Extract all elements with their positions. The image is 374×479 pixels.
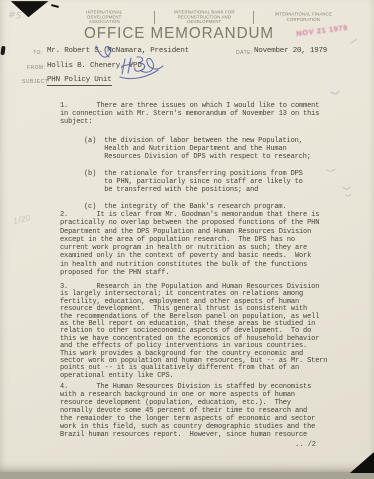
paragraph-4: 4. The Human Resources Division is staff… (60, 383, 315, 439)
from-label: FROM: (27, 65, 46, 71)
pencil-corner-note: #5 (7, 10, 22, 22)
date-value: November 20, 1979 (254, 47, 327, 55)
subject-value: PHN Policy Unit (47, 76, 112, 86)
org-ifc-line2: CORPORATION (268, 18, 339, 23)
to-label: TO: (33, 50, 43, 56)
page-continuation-note: .. /2 (295, 441, 316, 449)
org-ibrd-line1: INTERNATIONAL BANK FOR (168, 11, 239, 16)
org-ibrd: INTERNATIONAL BANK FOR RECONSTRUCTION AN… (168, 11, 239, 25)
subject-label: SUBJECT: (22, 79, 50, 85)
scanned-memo-page: INTERNATIONAL DEVELOPMENT ASSOCIATION IN… (0, 0, 374, 479)
from-value: Hollis B. Chenery, VPD (47, 62, 142, 70)
paragraph-2: 2. It is clear from Mr. Goodman's memora… (60, 211, 319, 277)
paragraph-1: 1. There are three issues on which I wou… (60, 102, 319, 127)
org-separator (253, 11, 254, 24)
org-ida-line1: INTERNATIONAL DEVELOPMENT (69, 11, 140, 20)
date-label: DATE: (236, 50, 253, 56)
issues-list: (a) the division of labor between the ne… (84, 137, 311, 211)
org-ifc: INTERNATIONAL FINANCE CORPORATION (268, 13, 339, 22)
paragraph-3: 3. Research in the Population and Human … (60, 284, 327, 380)
to-value: Mr. Robert S. McNamara, President (47, 47, 189, 55)
org-separator (154, 11, 155, 24)
org-ibrd-line2: RECONSTRUCTION AND DEVELOPMENT (168, 16, 239, 25)
org-ida: INTERNATIONAL DEVELOPMENT ASSOCIATION (69, 11, 140, 25)
